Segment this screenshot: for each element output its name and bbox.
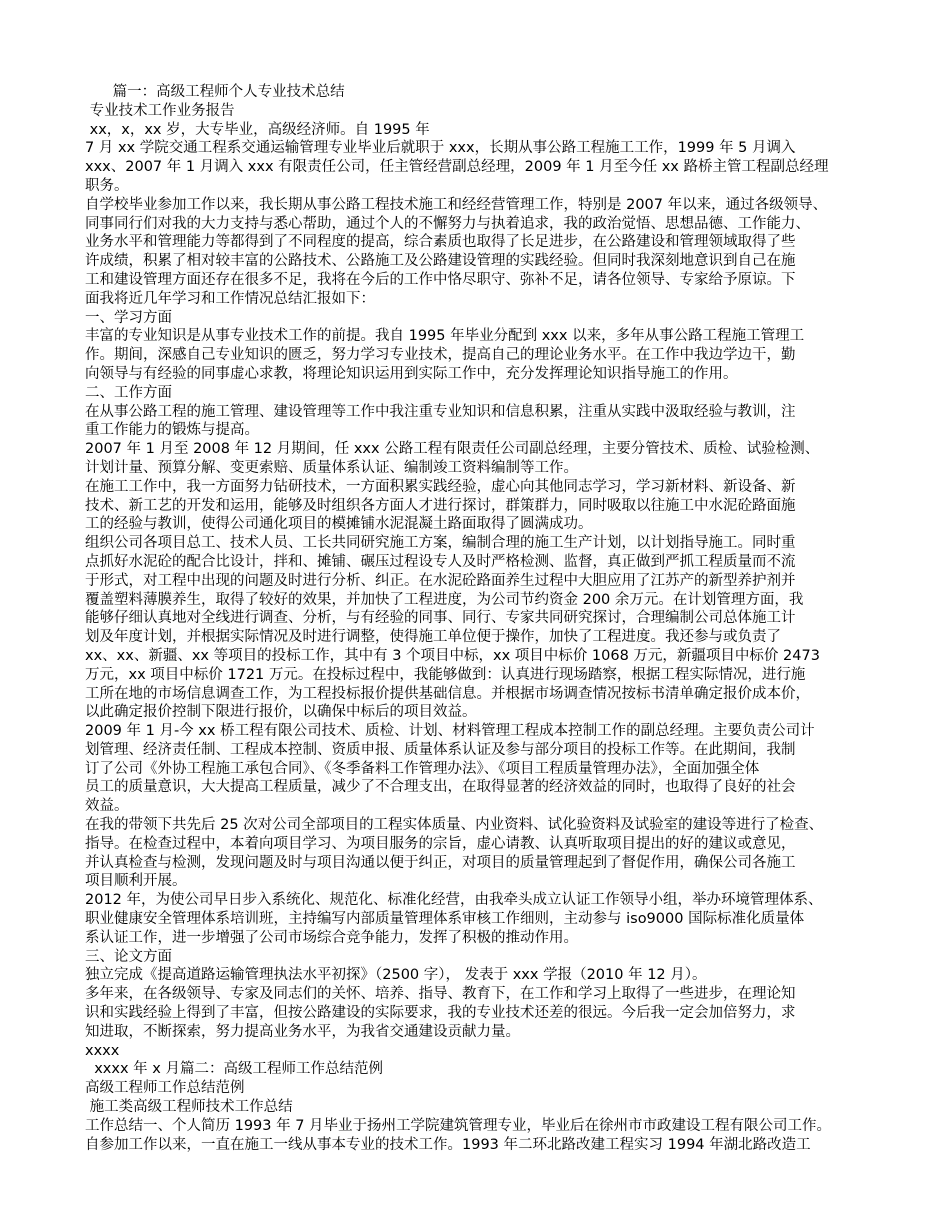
text-line: 作。期间，深感自己专业知识的匮乏，努力学习专业技术，提高自己的理论业务水平。在工… [85, 346, 877, 365]
text-line: 工的经验与教训，使得公司通化项目的模摊铺水泥混凝土路面取得了圆满成功。 [85, 515, 877, 534]
text-line: 效益。 [85, 797, 877, 816]
text-line: 以此确定报价控制下限进行报价，以确保中标后的项目效益。 [85, 703, 877, 722]
text-line: 自参加工作以来，一直在施工一线从事本专业的技术工作。1993 年二环北路改建工程… [85, 1136, 877, 1155]
text-line: 工作总结一、个人简历 1993 年 7 月毕业于扬州工学院建筑管理专业，毕业后在… [85, 1117, 877, 1136]
text-line: 指导。在检查过程中，本着向项目学习、为项目服务的宗旨，虚心请教、认真听取项目提出… [85, 835, 877, 854]
text-line: 识和实践经验上得到了丰富，但按公路建设的实际要求，我的专业技术还差的很远。今后我… [85, 1004, 877, 1023]
text-line: 7 月 xx 学院交通工程系交通运输管理专业毕业后就职于 xxx，长期从事公路工… [85, 139, 877, 158]
text-line: 在我的带领下共先后 25 次对公司全部项目的工程实体质量、内业资料、试化验资料及… [85, 816, 877, 835]
text-line: 面我将近几年学习和工作情况总结汇报如下： [85, 290, 877, 309]
text-line: 同事同行们对我的大力支持与悉心帮助，通过个人的不懈努力与执着追求，我的政治觉悟、… [85, 215, 877, 234]
text-line: 系认证工作，进一步增强了公司市场综合竞争能力，发挥了积极的推动作用。 [85, 929, 877, 948]
text-line: 项目顺利开展。 [85, 872, 877, 891]
text-line: 于形式，对工程中出现的问题及时进行分析、纠正。在水泥砼路面养生过程中大胆应用了江… [85, 572, 877, 591]
text-line: 多年来，在各级领导、专家及同志们的关怀、培养、指导、教育下，在工作和学习上取得了… [85, 985, 877, 1004]
text-line: 职业健康安全管理体系培训班，主持编写内部质量管理体系审核工作细则，主动参与 is… [85, 910, 877, 929]
text-line: 职务。 [85, 177, 877, 196]
text-line: 工所在地的市场信息调查工作，为工程投标报价提供基础信息。并根据市场调查情况按标书… [85, 685, 877, 704]
text-line: 三、论文方面 [85, 948, 877, 967]
text-line: 独立完成《提高道路运输管理执法水平初探》（2500 字）， 发表于 xxx 学报… [85, 966, 877, 985]
text-line: 知进取，不断探索，努力提高业务水平，为我省交通建设贡献力量。 [85, 1023, 877, 1042]
text-line: 能够仔细认真地对全线进行调查、分析，与有经验的同事、同行、专家共同研究探讨，合理… [85, 609, 877, 628]
text-line: 在施工工作中，我一方面努力钻研技术，一方面积累实践经验，虚心向其他同志学习，学习… [85, 478, 877, 497]
document-page: 篇一：高级工程师个人专业技术总结 专业技术工作业务报告 xx，x，xx 岁，大专… [0, 0, 950, 1230]
text-line: xxxx [85, 1042, 877, 1061]
text-line: 工和建设管理方面还存在很多不足，我将在今后的工作中恪尽职守、弥补不足，请各位领导… [85, 271, 877, 290]
document-text: 篇一：高级工程师个人专业技术总结 专业技术工作业务报告 xx，x，xx 岁，大专… [85, 83, 877, 1154]
text-line: 向领导与有经验的同事虚心求教，将理论知识运用到实际工作中，充分发挥理论知识指导施… [85, 365, 877, 384]
text-line: 丰富的专业知识是从事专业技术工作的前提。我自 1995 年毕业分配到 xxx 以… [85, 327, 877, 346]
text-line: 员工的质量意识，大大提高工程质量，减少了不合理支出，在取得显著的经济效益的同时，… [85, 778, 877, 797]
text-line: 许成绩，积累了相对较丰富的公路技术、公路施工及公路建设管理的实践经验。但同时我深… [85, 252, 877, 271]
text-line: 篇一：高级工程师个人专业技术总结 [85, 83, 877, 102]
text-line: 业务水平和管理能力等都得到了不同程度的提高，综合素质也取得了长足进步，在公路建设… [85, 233, 877, 252]
text-line: 施工类高级工程师技术工作总结 [85, 1098, 877, 1117]
text-line: 2007 年 1 月至 2008 年 12 月期间，任 xxx 公路工程有限责任… [85, 440, 877, 459]
text-line: 计划计量、预算分解、变更索赔、质量体系认证、编制竣工资料编制等工作。 [85, 459, 877, 478]
text-line: 自学校毕业参加工作以来，我长期从事公路工程技术施工和经经营管理工作，特别是 20… [85, 196, 877, 215]
text-line: xxx、2007 年 1 月调入 xxx 有限责任公司，任主管经营副总经理，20… [85, 158, 877, 177]
text-line: 订了公司《外协工程施工承包合同》、《冬季备料工作管理办法》、《项目工程质量管理办… [85, 760, 877, 779]
text-line: 点抓好水泥砼的配合比设计，拌和、摊铺、碾压过程设专人及时严格检测、监督，真正做到… [85, 553, 877, 572]
text-line: 覆盖塑料薄膜养生，取得了较好的效果，并加快了工程进度，为公司节约资金 200 余… [85, 591, 877, 610]
text-line: 技术、新工艺的开发和运用，能够及时组织各方面人才进行探讨，群策群力，同时吸取以往… [85, 497, 877, 516]
text-line: 在从事公路工程的施工管理、建设管理等工作中我注重专业知识和信息积累，注重从实践中… [85, 403, 877, 422]
text-line: 专业技术工作业务报告 [85, 102, 877, 121]
text-line: xx、xx、新疆、xx 等项目的投标工作，其中有 3 个项目中标，xx 项目中标… [85, 647, 877, 666]
text-line: 2009 年 1 月-今 xx 桥工程有限公司技术、质检、计划、材料管理工程成本… [85, 722, 877, 741]
text-line: 并认真检查与检测，发现问题及时与项目沟通以便于纠正，对项目的质量管理起到了督促作… [85, 854, 877, 873]
text-line: 万元，xx 项目中标价 1721 万元。在投标过程中，我能够做到：认真进行现场踏… [85, 666, 877, 685]
text-line: 重工作能力的锻炼与提高。 [85, 421, 877, 440]
text-line: xx，x，xx 岁，大专毕业，高级经济师。自 1995 年 [85, 121, 877, 140]
text-line: 二、工作方面 [85, 384, 877, 403]
text-line: 划及年度计划，并根据实际情况及时进行调整，使得施工单位便于操作，加快了工程进度。… [85, 628, 877, 647]
text-line: 组织公司各项目总工、技术人员、工长共同研究施工方案，编制合理的施工生产计划，以计… [85, 534, 877, 553]
text-line: xxxx 年 x 月篇二：高级工程师工作总结范例 [85, 1060, 877, 1079]
text-line: 一、学习方面 [85, 309, 877, 328]
text-line: 划管理、经济责任制、工程成本控制、资质申报、质量体系认证及参与部分项目的投标工作… [85, 741, 877, 760]
text-line: 2012 年，为使公司早日步入系统化、规范化、标准化经营，由我牵头成立认证工作领… [85, 891, 877, 910]
text-line: 高级工程师工作总结范例 [85, 1079, 877, 1098]
